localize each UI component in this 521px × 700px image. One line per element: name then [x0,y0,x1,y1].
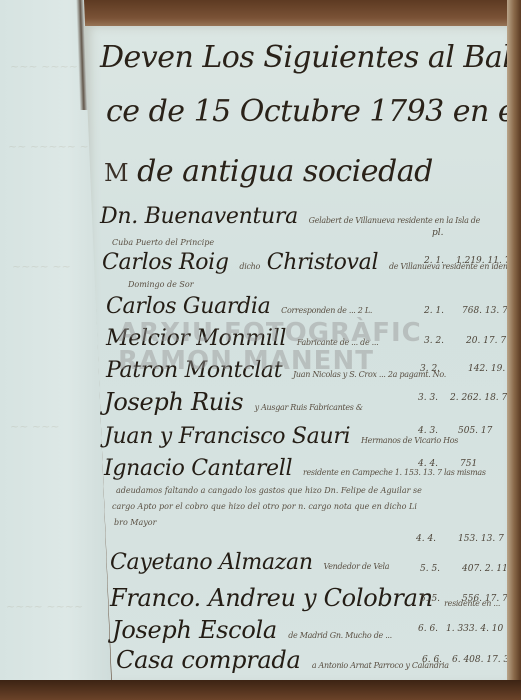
heading-line-1: Deven Los Siguientes al Balan [100,40,521,75]
entry-detail: de Madrid Gn. Mucho de ... [288,631,392,640]
entry-amount: 153. 13. 7 [458,534,504,544]
entry-folio: 5. 5. [420,594,440,604]
ledger-mark: M [104,159,128,187]
entry-amount: 2. 262. 18. 7 [450,393,507,403]
entry-name: Franco. Andreu y Colobran [110,584,433,612]
entry-detail-line: bro Mayor [114,518,156,527]
heading-text-3: de antigua sociedad [137,154,433,189]
ledger-photo: ~~~ ~~~~ ~~ ~~~~~ ~ ~~~~ ~~ ~~ ~~~ ~~~~ … [0,0,521,700]
entry-amount: 751 [460,459,477,469]
entry-folio: 3. 2. [420,364,440,374]
heading-line-2: ce de 15 Octubre 1793 en el Libro Mayor [106,94,521,129]
entry-amount: 6. 408. 17. 3 [452,655,509,665]
bleed-through-text: ~~~~ ~~ [12,260,71,273]
entry-detail: Vendedor de Vela [323,562,389,571]
entry-folio: 2. 1. [424,306,444,316]
entry-detail: dicho [239,262,260,271]
entry-amount: 407. 2. 11 [462,564,508,574]
entry-9: Cayetano Almazan Vendedor de Vela [110,550,389,575]
entry-6: Joseph Ruis y Ausgar Ruis Fabricantes & [104,388,363,416]
entry-3: Carlos Guardia Corresponden de ... 2 L. [106,294,372,319]
entry-7: Juan y Francisco Sauri Hermanos de Vicar… [104,424,458,449]
entry-11: Joseph Escola de Madrid Gn. Mucho de ... [112,616,392,644]
book-right-edge [507,0,521,700]
heading-text-2: ce de 15 Octubre 1793 en el Libro Mayor [106,94,521,129]
entry-name: Juan y Francisco Sauri [104,424,350,449]
entry-detail: Corresponden de ... 2 L. [281,306,372,315]
bleed-through-text: ~~~ ~~~~ [10,60,78,73]
entry-amount: 20. 17. 7 [466,336,506,346]
entry-detail: Gelabert de Villanueva residente en la I… [309,216,480,225]
entry-detail-line: Domingo de Sor [128,280,194,289]
entry-name: Carlos Guardia [106,294,270,319]
entry-10: Franco. Andreu y Colobran residente en .… [110,584,500,612]
entry-amount: 505. 17 [458,426,492,436]
heading-text-1: Deven Los Siguientes al Balan [100,40,521,75]
entry-folio: 4. 3. [418,426,438,436]
watermark-line-1: ARXIU FOTOGRÀFIC [118,318,422,348]
entry-name-2: Christoval [267,250,379,275]
book-bottom-edge [0,680,521,700]
entry-name: Joseph Ruis [104,388,243,416]
entry-amount: 556. 17. 7 [462,594,508,604]
entry-detail-line: Cuba Puerto del Principe [112,238,214,247]
entry-name: Joseph Escola [112,616,277,644]
bleed-through-text: ~~ ~~~~~ ~ [8,140,89,153]
entry-detail: Hermanos de Vicario Hos [361,436,458,445]
entry-folio: 6. 6. [418,624,438,634]
entry-name: Ignacio Cantarell [104,456,292,481]
entry-1: Dn. Buenaventura Gelabert de Villanueva … [100,204,480,229]
entry-detail: de Villanueva residente en idem [389,262,510,271]
bleed-through-text: ~~ ~~~ [10,420,60,433]
entry-detail-line: adeudamos faltando a cangado los gastos … [116,486,422,495]
entry-amount: 768. 13. 7 [462,306,508,316]
entry-amount: 1. 333. 4. 10 [446,624,503,634]
entry-name: Carlos Roig [102,250,229,275]
heading-line-3: M de antigua sociedad [104,154,433,189]
entry-name: Cayetano Almazan [110,550,313,575]
entry-folio: 5. 5. [420,564,440,574]
entry-name: Dn. Buenaventura [100,204,298,229]
entry-detail: y Ausgar Ruis Fabricantes & [255,403,363,412]
entry-folio: 3. 2. [424,336,444,346]
entry-folio: 3. 3. [418,393,438,403]
book-top-edge [80,0,521,30]
entry-detail: residente en Campeche 1. 153. 13. 7 las … [303,468,486,477]
entry-name: Casa comprada [116,646,301,674]
bleed-through-text: ~~~~ ~~~~ [6,600,83,613]
entry-folio: 6. 6. [422,655,442,665]
entry-mark: pl. [432,228,444,238]
entry-detail-line: cargo Apto por el cobro que hizo del otr… [112,502,417,511]
entry-2: Carlos Roig dicho Christoval de Villanue… [102,250,510,275]
watermark-line-2: RAMON MANENT [118,346,374,376]
entry-12: Casa comprada a Antonio Arnat Parroco y … [116,646,449,674]
entry-folio: 4. 4. [416,534,436,544]
entry-folio: 4. 4. [418,459,438,469]
